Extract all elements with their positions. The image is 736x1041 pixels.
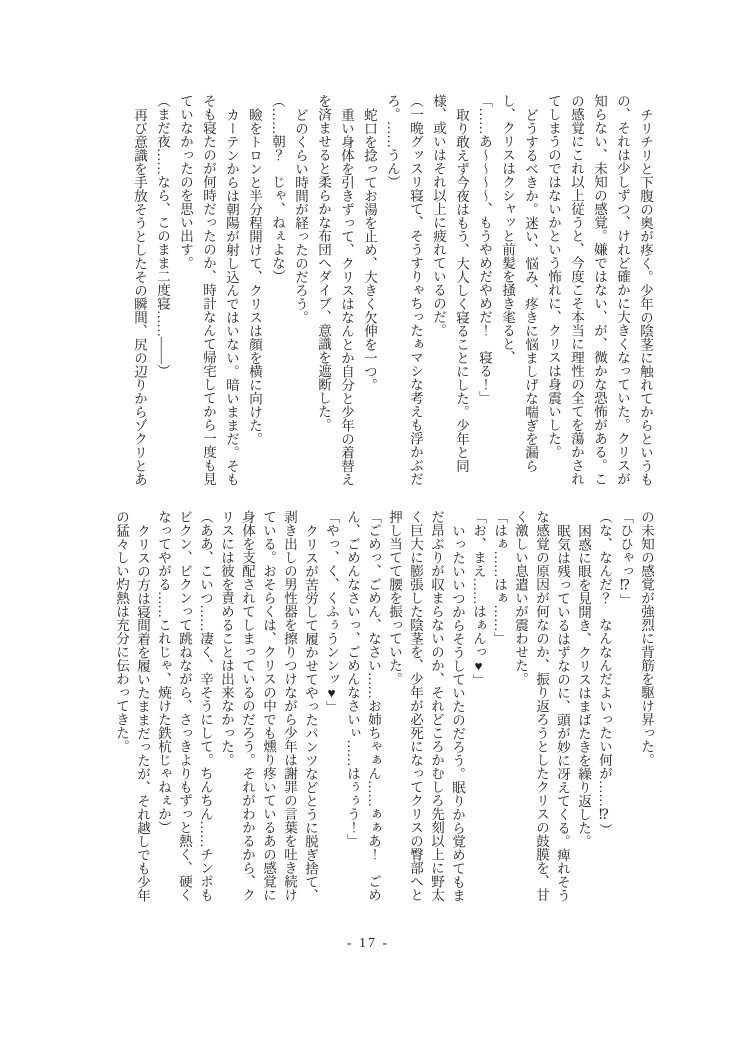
paragraph: チリチリと下腹の奥が疼く。少年の陰茎に触れてからというもの、それは少しずつ、けれ… [542,94,657,487]
paragraph: カーテンからは朝陽が射し込んではいない。暗いままだ。そもそも寝たのが何時だったの… [174,94,243,487]
paragraph: どうするべきか。迷い、悩み、疼きに悩ましげな喘ぎを漏らし、クリスはクシャッと前髪… [496,94,542,487]
paragraph: 「ごめっ、ごめん、なさい……お姉ちゃぁん……ぁぁあ！ ごめん、ごめんなさいっ、ご… [342,510,384,903]
paragraph: 再び意識を手放そうとしたその瞬間、尻の辺りからゾクリとあ [128,94,151,487]
text-block-top: チリチリと下腹の奥が疼く。少年の陰茎に触れてからというもの、それは少しずつ、けれ… [128,94,657,487]
paragraph: 「……あ～～～～、もうやめだやめだ！ 寝る！」 [473,94,496,487]
paragraph: （な、なんだ？ なんなんだよいったい何が……⁉） [594,510,615,903]
paragraph: 重い身体を引きずって、クリスはなんとか自分と少年の着替えを済ませると柔らかな布団… [312,94,358,487]
paragraph: 取り敢えず今夜はもう、大人しく寝ることにした。少年と同様、或いはそれ以上に疲れて… [427,94,473,487]
paragraph: （ああ、こいつ……凄く、辛そうにして。ちんちん……チンポもビクン、ビクンって跳ね… [153,510,216,903]
paragraph: 困惑に眼を見開き、クリスはまばたきを繰り返した。 [573,510,594,903]
paragraph: 眠気は残っているはずなのに、頭が妙に冴えてくる。痺れそうな感覚の原因が何なのか、… [510,510,573,903]
paragraph: 「やっ、く、くふぅうンンッ♥」 [321,510,342,903]
paragraph: 「お、まえ……はぁんっ♥」 [468,510,489,903]
page-number: - 17 - [0,936,736,952]
paragraph: クリスが苦労して履かせてやったパンツなどとうに脱ぎ捨て、剥き出しの男性器を擦りつ… [216,510,321,903]
paragraph: （一晩グッスリ寝て、そうすりゃちったぁマシな考えも浮かぶだろ。……うん） [381,94,427,487]
novel-page: チリチリと下腹の奥が疼く。少年の陰茎に触れてからというもの、それは少しずつ、けれ… [0,0,736,1041]
paragraph: どのくらい時間が経ったのだろう。 [289,94,312,487]
paragraph: （まだ夜……なら、このまま二度寝……――） [151,94,174,487]
paragraph: の未知の感覚が強烈に背筋を駆け昇った。 [636,510,657,903]
paragraph: 「はぁ……はぁ……」 [489,510,510,903]
paragraph: （……朝？ じゃ、ねぇよな） [266,94,289,487]
paragraph: 蛇口を捻ってお湯を止め、大きく欠伸を一つ。 [358,94,381,487]
paragraph: 瞼をトロンと半分程開けて、クリスは顔を横に向けた。 [243,94,266,487]
paragraph: クリスの方は寝間着を履いたままだったが、それ越しでも少年の猛々しい灼熱は充分に伝… [111,510,153,903]
text-block-bottom: の未知の感覚が強烈に背筋を駆け昇った。「ひひゃっ⁉」（な、なんだ？ なんなんだよ… [111,510,657,903]
paragraph: いったいいつからそうしていたのだろう。眠りから覚めてもまだ昂ぶりが収まらないのか… [384,510,468,903]
paragraph: 「ひひゃっ⁉」 [615,510,636,903]
